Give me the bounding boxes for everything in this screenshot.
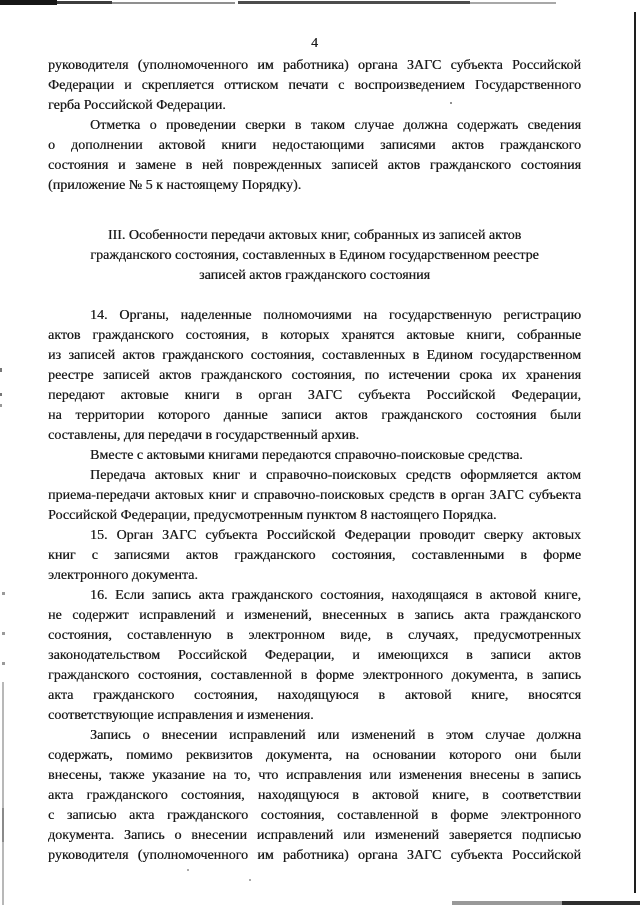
scan-artifact-top-bar-light: [470, 2, 556, 4]
para-16: 16. Если запись акта гражданского состоя…: [48, 586, 581, 726]
scanned-document-page: 4 руководителя (уполномоченного им работ…: [0, 0, 640, 905]
para-correction-note: Запись о внесении исправлений или измене…: [48, 726, 581, 866]
scan-artifact-top-bar-mid: [238, 1, 470, 4]
text-line: соответствующие исправления и изменения.: [48, 706, 581, 726]
page-content: 4 руководителя (уполномоченного им работ…: [48, 34, 581, 866]
text-line: гражданского состояния, составленных в Е…: [48, 246, 581, 266]
text-line: состояния и замене в ней поврежденных за…: [48, 156, 581, 176]
text-line: книг с записями актов гражданского состо…: [48, 546, 581, 566]
text-line: (приложение № 5 к настоящему Порядку).: [48, 176, 581, 196]
para-search-aids: Вместе с актовыми книгами передаются спр…: [48, 446, 581, 466]
text-line: Отметка о проведении сверки в таком случ…: [48, 116, 581, 136]
para-seal-continuation: руководителя (уполномоченного им работни…: [48, 56, 581, 116]
text-line: о дополнении актовой книги недостающими …: [48, 136, 581, 156]
text-line: Российской Федерации, предусмотренным пу…: [48, 506, 581, 526]
text-line: гражданского состояния, составленной в ф…: [48, 666, 581, 686]
text-line: содержать, помимо реквизитов документа, …: [48, 746, 581, 766]
para-15: 15. Орган ЗАГС субъекта Российской Федер…: [48, 526, 581, 586]
scan-artifact-left-line: [2, 682, 4, 905]
text-line: руководителя (уполномоченного им работни…: [48, 56, 581, 76]
scan-artifact-left-line-dark: [2, 808, 4, 842]
para-verification-note: Отметка о проведении сверки в таком случ…: [48, 116, 581, 196]
text-line: документа. Запись о внесении исправлений…: [48, 826, 581, 846]
text-line: Запись о внесении исправлений или измене…: [48, 726, 581, 746]
text-line: приема-передачи актовых книг и справочно…: [48, 486, 581, 506]
text-line: с записью акта гражданского состояния, с…: [48, 806, 581, 826]
text-line: внесены, также указание на то, что испра…: [48, 766, 581, 786]
text-line: записей актов гражданского состояния: [48, 266, 581, 286]
scan-artifact-bottom-bar-dark: [562, 901, 640, 905]
text-line: 16. Если запись акта гражданского состоя…: [48, 586, 581, 606]
text-line: 15. Орган ЗАГС субъекта Российской Федер…: [48, 526, 581, 546]
scan-speck: [2, 632, 5, 635]
text-line: реестре записей актов гражданского состо…: [48, 366, 581, 386]
text-line: из записей актов гражданского состояния,…: [48, 346, 581, 366]
scan-speck: [249, 879, 251, 881]
text-line: 14. Органы, наделенные полномочиями на г…: [48, 306, 581, 326]
text-line: передают актовые книги в орган ЗАГС субъ…: [48, 386, 581, 406]
text-line: Передача актовых книг и справочно-поиско…: [48, 466, 581, 486]
scan-speck: [187, 869, 189, 871]
text-line: акта гражданского состояния, находящуюся…: [48, 686, 581, 706]
para-14: 14. Органы, наделенные полномочиями на г…: [48, 306, 581, 446]
text-line: законодательством Российской Федерации, …: [48, 646, 581, 666]
text-line: не содержит исправлений и изменений, вне…: [48, 606, 581, 626]
text-line: акта гражданского состояния, находящуюся…: [48, 786, 581, 806]
page-number: 4: [48, 34, 581, 54]
scan-artifact-top-bar-gray: [112, 2, 235, 4]
scan-speck: [0, 393, 2, 396]
scan-speck: [0, 368, 2, 372]
text-line: составлены, для передачи в государственн…: [48, 426, 581, 446]
text-line: Вместе с актовыми книгами передаются спр…: [48, 446, 581, 466]
scan-artifact-right-line: [634, 12, 636, 893]
text-line: на территории которого данные записи акт…: [48, 406, 581, 426]
scan-speck: [2, 662, 5, 665]
scan-speck: [2, 592, 5, 595]
text-line: состояния, составленную в электронном ви…: [48, 626, 581, 646]
para-transfer-act: Передача актовых книг и справочно-поиско…: [48, 466, 581, 526]
text-line: III. Особенности передачи актовых книг, …: [48, 226, 581, 246]
text-line: Федерации и скрепляется оттиском печати …: [48, 76, 581, 96]
scan-artifact-bottom-bar-gray: [452, 901, 564, 905]
text-line: электронного документа.: [48, 566, 581, 586]
scan-artifact-top-bar-black: [0, 0, 57, 5]
scan-speck: [0, 404, 2, 407]
text-line: герба Российской Федерации.: [48, 96, 581, 116]
section-heading-iii: III. Особенности передачи актовых книг, …: [48, 226, 581, 286]
scan-artifact-top-bar-dark: [57, 1, 112, 4]
text-line: руководителя (уполномоченного им работни…: [48, 846, 581, 866]
text-line: актов гражданского состояния, в которых …: [48, 326, 581, 346]
